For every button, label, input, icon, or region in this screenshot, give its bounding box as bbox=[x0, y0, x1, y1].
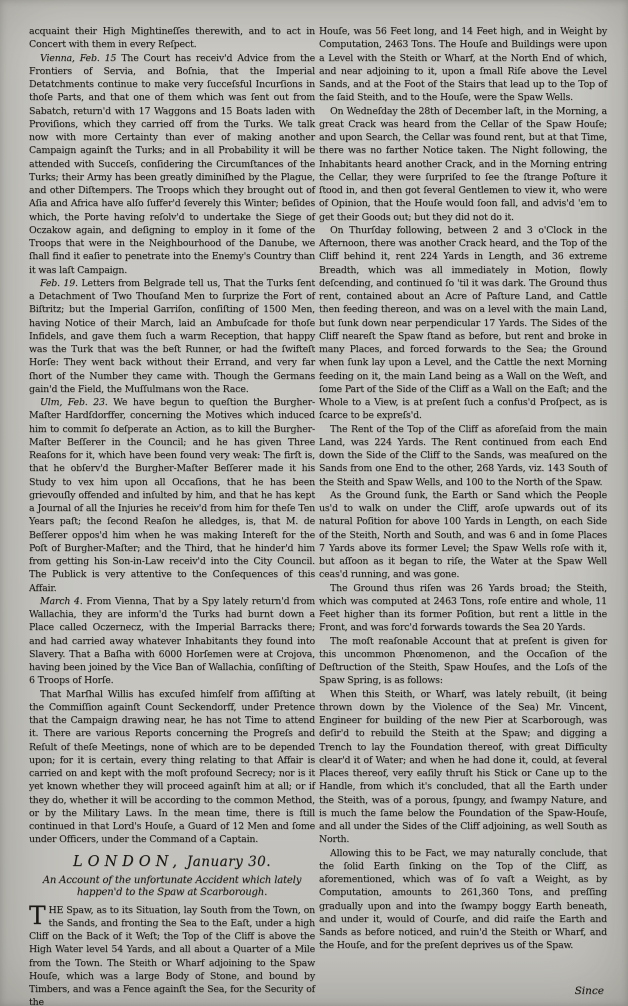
belgrade-feb-19-paragraph: Feb. 19. Letters from Belgrade tell us, … bbox=[29, 277, 315, 396]
phoenomenon-account-intro-paragraph: The moſt reaſonable Account that at preſ… bbox=[319, 635, 607, 688]
spaw-house-dimensions-paragraph: Houſe, was 56 Feet long, and 14 Feet hig… bbox=[319, 25, 607, 105]
ground-rise-paragraph: As the Ground ſunk, the Earth or Sand wh… bbox=[319, 489, 607, 582]
intro-continuation-paragraph: acquaint their High Mightineſſes therewi… bbox=[29, 25, 315, 52]
left-column: acquaint their High Mightineſſes therewi… bbox=[29, 25, 315, 1006]
dateline-lead: Feb. 19. bbox=[40, 278, 78, 289]
spaw-account-opening-paragraph: THE Spaw, as to its Situation, lay South… bbox=[29, 904, 315, 1006]
conclusion-paragraph: Allowing this to be Fact, we may natural… bbox=[319, 847, 607, 953]
steith-rebuilt-paragraph: When this Steith, or Wharf, was lately r… bbox=[319, 688, 607, 847]
london-title-text: LONDON, bbox=[73, 854, 182, 870]
vienna-feb-15-paragraph: Vienna, Feb. 15 The Court has receiv'd A… bbox=[29, 52, 315, 277]
london-dateline-heading: LONDON, January 30. bbox=[29, 854, 315, 871]
rent-measurements-paragraph: The Rent of the Top of the Cliff as afor… bbox=[319, 423, 607, 489]
scarborough-article-title: An Account of the unfortunate Accident w… bbox=[31, 875, 313, 900]
thursday-crack-paragraph: On Thurſday following, between 2 and 3 o… bbox=[319, 224, 607, 423]
dateline-lead: March 4. bbox=[40, 596, 83, 607]
dateline-lead: Ulm, Feb. 23. bbox=[40, 397, 108, 408]
dateline-date-text: January 30. bbox=[182, 854, 271, 870]
catchword: Since bbox=[575, 985, 604, 997]
steith-rise-paragraph: The Ground thus riſen was 26 Yards broad… bbox=[319, 582, 607, 635]
dropcap-letter: T bbox=[29, 904, 49, 926]
ulm-feb-23-paragraph: Ulm, Feb. 23. We have begun to queſtion … bbox=[29, 396, 315, 595]
right-column: Houſe, was 56 Feet long, and 14 Feet hig… bbox=[319, 25, 607, 953]
marshal-willis-paragraph: That Marſhal Willis has excuſed himſelf … bbox=[29, 688, 315, 847]
wednesday-crack-paragraph: On Wedneſday the 28th of December laſt, … bbox=[319, 105, 607, 224]
newspaper-page: acquaint their High Mightineſſes therewi… bbox=[0, 0, 628, 1006]
dateline-lead: Vienna, Feb. 15 bbox=[40, 53, 116, 64]
vienna-march-4-paragraph: March 4. From Vienna, That by a Spy late… bbox=[29, 595, 315, 688]
